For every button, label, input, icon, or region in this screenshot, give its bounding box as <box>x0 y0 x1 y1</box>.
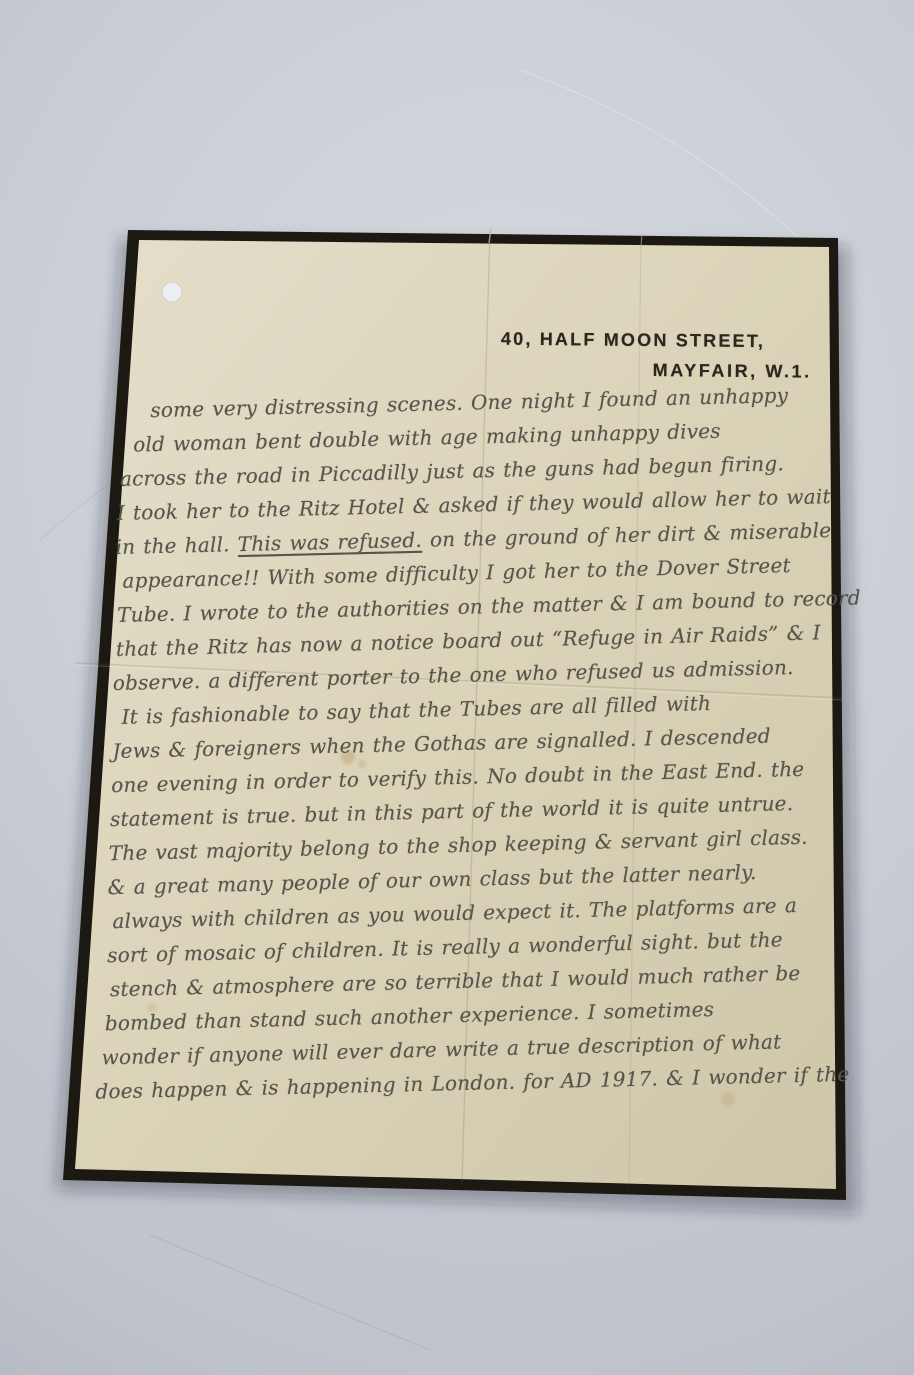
foxing-spot <box>341 750 355 764</box>
foxing-spot <box>358 760 366 768</box>
photo-background: 40, HALF MOON STREET, MAYFAIR, W.1. some… <box>0 0 914 1375</box>
foxing-spot <box>721 1092 735 1106</box>
letter-photo <box>0 0 914 1375</box>
punch-hole <box>162 282 182 302</box>
paper-surface <box>75 240 836 1189</box>
foxing-spot <box>147 1002 157 1012</box>
scratch-mark <box>150 1235 430 1350</box>
